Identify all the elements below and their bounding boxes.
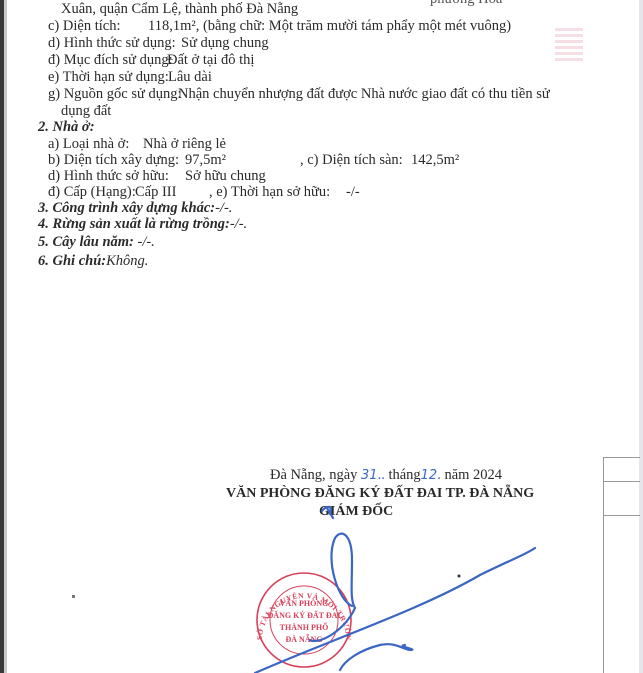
- house-type-label: a) Loại nhà ở:: [48, 136, 129, 153]
- ownership-term-label: , e) Thời hạn sở hữu:: [209, 184, 330, 201]
- date-day: 31: [361, 468, 378, 483]
- scan-left-shadow: [4, 0, 7, 673]
- grade-label: đ) Cấp (Hạng):: [48, 184, 136, 201]
- section-2-heading: 2. Nhà ở:: [38, 119, 95, 136]
- house-type-value: Nhà ở riêng lẻ: [143, 136, 226, 153]
- section-5: 5. Cây lâu năm: -/-.: [38, 234, 155, 251]
- section-3: 3. Công trình xây dựng khác:-/-.: [38, 200, 232, 217]
- section-4: 4. Rừng sản xuất là rừng trồng:-/-.: [38, 216, 247, 233]
- build-area-label: b) Diện tích xây dựng:: [48, 152, 179, 169]
- svg-text:VĂN PHÒNG: VĂN PHÒNG: [280, 598, 329, 608]
- grade-value: Cấp III: [135, 184, 176, 201]
- date-year: năm 2024: [444, 467, 502, 483]
- floor-area-value: 142,5m²: [411, 152, 459, 169]
- svg-text:ĐĂNG KÝ ĐẤT ĐAI: ĐĂNG KÝ ĐẤT ĐAI: [268, 610, 341, 620]
- land-area-value: 118,1m², (bằng chữ: Một trăm mười tám ph…: [148, 18, 511, 35]
- origin-value: Nhận chuyển nhượng đất được Nhà nước gia…: [178, 86, 550, 103]
- section-6-label: 6. Ghi chú:: [38, 253, 106, 269]
- office-name: VĂN PHÒNG ĐĂNG KÝ ĐẤT ĐAI TP. ĐÀ NẴNG: [226, 485, 534, 502]
- section-6: 6. Ghi chú:Không.: [38, 253, 148, 270]
- section-4-value: -/-.: [230, 216, 247, 232]
- use-term-label: e) Thời hạn sử dụng:: [48, 69, 169, 86]
- bleed-through-stamp: [555, 25, 583, 75]
- svg-text:THÀNH PHỐ: THÀNH PHỐ: [280, 622, 329, 632]
- section-5-value: -/-.: [138, 234, 155, 250]
- ownership-term-value: -/-: [346, 184, 360, 201]
- top-cutoff-text: phường Hoà: [430, 0, 502, 8]
- use-purpose-label: đ) Mục đích sử dụng:: [48, 52, 173, 69]
- use-purpose-value: Đất ở tại đô thị: [167, 52, 254, 69]
- address-continuation: Xuân, quận Cẩm Lệ, thành phố Đà Nẵng: [61, 1, 298, 18]
- use-form-value: Sử dụng chung: [181, 35, 269, 52]
- scan-speck: [72, 595, 75, 598]
- section-3-value: -/-.: [215, 200, 232, 216]
- section-5-label: 5. Cây lâu năm:: [38, 234, 134, 250]
- origin-label: g) Nguồn gốc sử dụng:: [48, 86, 182, 103]
- use-form-label: d) Hình thức sử dụng:: [48, 35, 176, 52]
- ownership-form-label: d) Hình thức sở hữu:: [48, 168, 169, 185]
- date-line: Đà Nẵng, ngày 31.. tháng12. năm 2024: [270, 467, 502, 484]
- date-month-label: tháng: [388, 467, 420, 483]
- signature-ink: [255, 507, 535, 673]
- date-month: 12: [421, 468, 438, 483]
- ownership-form-value: Sở hữu chung: [185, 168, 266, 185]
- svg-text:ĐÀ NẴNG: ĐÀ NẴNG: [285, 634, 322, 644]
- signer-title: GIÁM ĐỐC: [319, 503, 393, 520]
- build-area-value: 97,5m²: [185, 152, 226, 169]
- land-area-label: c) Diện tích:: [48, 18, 120, 35]
- origin-value-cont: dụng đất: [61, 103, 111, 120]
- section-3-label: 3. Công trình xây dựng khác:: [38, 200, 215, 216]
- date-place: Đà Nẵng, ngày: [270, 467, 357, 483]
- floor-area-label: , c) Diện tích sàn:: [300, 152, 403, 169]
- use-term-value: Lâu dài: [168, 69, 212, 86]
- section-6-value: Không.: [106, 253, 148, 269]
- margin-table-frame: [603, 457, 640, 673]
- section-4-label: 4. Rừng sản xuất là rừng trồng:: [38, 216, 230, 232]
